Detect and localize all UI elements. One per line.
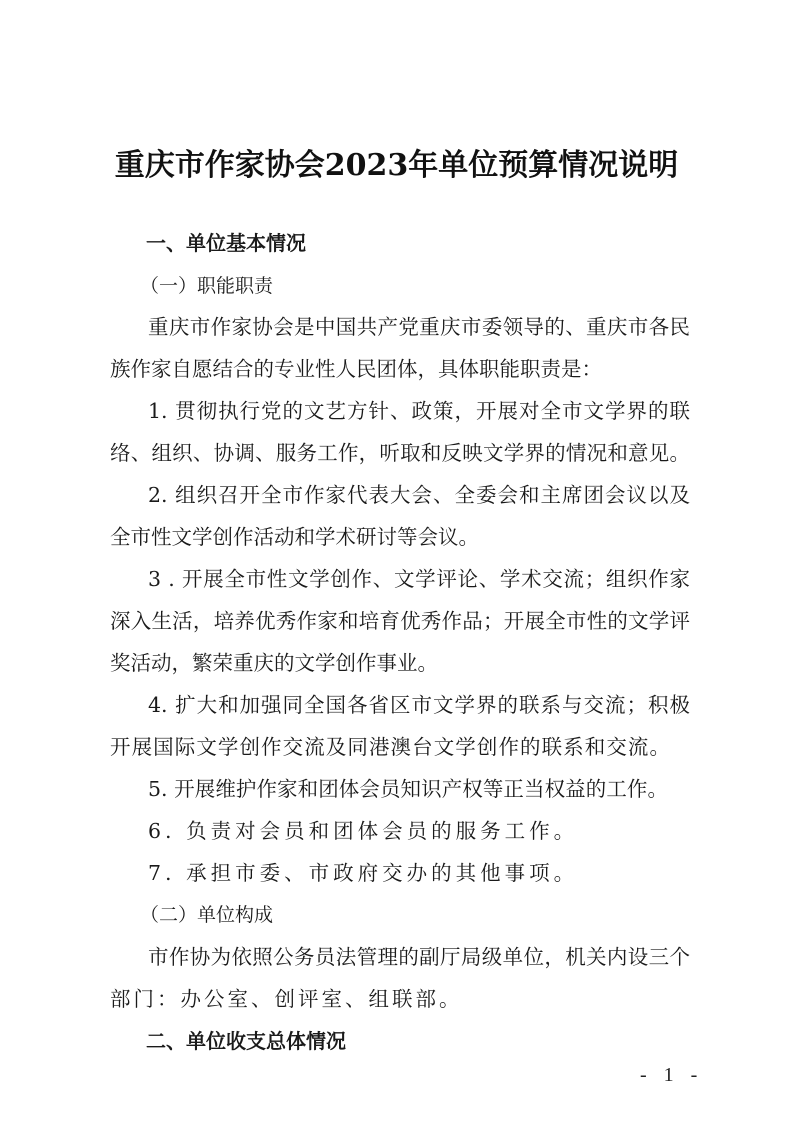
duty-item-7: 7. 承担市委、市政府交办的其他事项。 <box>148 858 728 888</box>
document-page: 重庆市作家协会2023年单位预算情况说明 一、单位基本情况 （一）职能职责 重庆… <box>0 0 793 1122</box>
duty-item-1: 1. 贯彻执行党的文艺方针、政策，开展对全市文学界的联 <box>148 396 690 426</box>
paragraph-line: 部门：办公室、创评室、组联部。 <box>110 984 690 1014</box>
paragraph-line: 市作协为依照公务员法管理的副厅局级单位，机关内设三个 <box>148 942 690 972</box>
duty-item-3-cont: 奖活动，繁荣重庆的文学创作事业。 <box>110 648 690 678</box>
duty-item-3-cont: 深入生活，培养优秀作家和培育优秀作品；开展全市性的文学评 <box>110 606 690 636</box>
paragraph-line: 族作家自愿结合的专业性人民团体，具体职能职责是： <box>110 354 690 384</box>
duty-item-6: 6. 负责对会员和团体会员的服务工作。 <box>148 816 728 846</box>
subsection-heading-structure: （二）单位构成 <box>140 900 720 930</box>
duty-item-3: 3 . 开展全市性文学创作、文学评论、学术交流；组织作家 <box>148 564 690 594</box>
duty-item-2: 2. 组织召开全市作家代表大会、全委会和主席团会议以及 <box>148 480 690 510</box>
document-title: 重庆市作家协会2023年单位预算情况说明 <box>0 140 793 184</box>
duty-item-4-cont: 开展国际文学创作交流及同港澳台文学创作的联系和交流。 <box>110 732 670 762</box>
duty-item-4: 4. 扩大和加强同全国各省区市文学界的联系与交流；积极 <box>148 690 690 720</box>
duty-item-5: 5. 开展维护作家和团体会员知识产权等正当权益的工作。 <box>148 774 668 804</box>
section-heading-budget-overview: 二、单位收支总体情况 <box>146 1026 726 1056</box>
paragraph-line: 重庆市作家协会是中国共产党重庆市委领导的、重庆市各民 <box>148 312 690 342</box>
duty-item-1-cont: 络、组织、协调、服务工作，听取和反映文学界的情况和意见。 <box>110 438 690 468</box>
section-heading-basic-info: 一、单位基本情况 <box>146 228 726 258</box>
duty-item-2-cont: 全市性文学创作活动和学术研讨等会议。 <box>110 522 690 552</box>
page-number: - 1 - <box>640 1064 703 1087</box>
subsection-heading-duties: （一）职能职责 <box>140 271 720 301</box>
